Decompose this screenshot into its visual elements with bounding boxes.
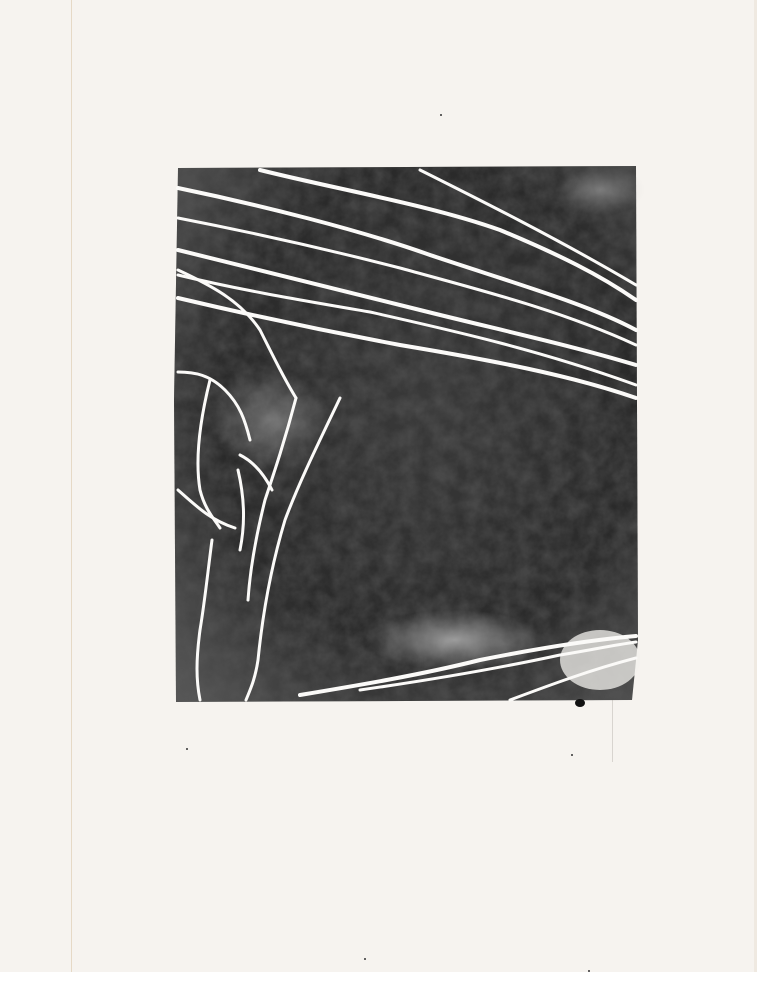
paper-speck <box>588 970 590 972</box>
paper-speck <box>440 114 442 116</box>
paper-speck <box>364 958 366 960</box>
paper-speck <box>186 748 188 750</box>
monoprint-artwork <box>0 0 765 990</box>
paper-speck <box>571 754 573 756</box>
